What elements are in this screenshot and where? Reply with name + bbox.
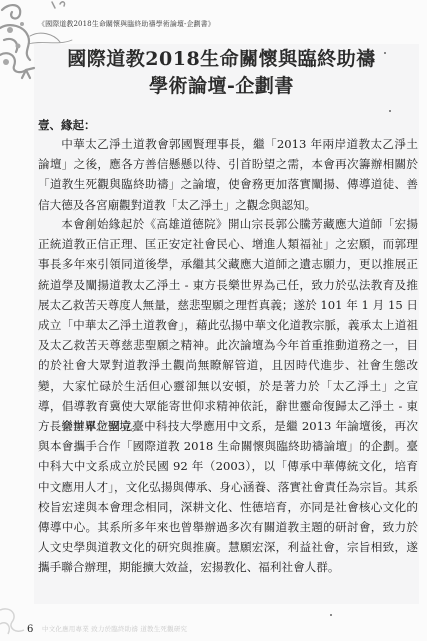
document-title-line-2: 學術論壇-企劃書	[8, 71, 427, 98]
document-title-line-1: 國際道教2018生命關懷與臨終助禱	[8, 44, 427, 71]
scan-speck	[330, 614, 332, 616]
paragraph-text: 中華太乙淨土道教會郭國賢理事長，繼「2013 年兩岸道教太乙淨土論壇」之後，應各…	[38, 134, 418, 215]
footer-bleed-through-text: 中文化應用專業 致力於臨終助禱 道教生死觀研究	[42, 624, 187, 633]
page-number: 6	[27, 624, 33, 635]
body-paragraph-1: 中華太乙淨土道教會郭國賢理事長，繼「2013 年兩岸道教太乙淨土論壇」之後，應各…	[38, 134, 418, 215]
body-paragraph-2: 本會創始緣起於《高雄道德院》開山宗長郭公騰芳藏應大道師「宏揚正統道教正信正理、匡…	[38, 214, 418, 436]
body-paragraph-3: 合辦單位國立臺中科技大學應用中文系，是繼 2013 年論壇後，再次與本會攜手合作…	[38, 416, 418, 578]
paragraph-text: 本會創始緣起於《高雄道德院》開山宗長郭公騰芳藏應大道師「宏揚正統道教正信正理、匡…	[38, 214, 418, 436]
scan-speck	[389, 110, 391, 112]
paragraph-text: 合辦單位國立臺中科技大學應用中文系，是繼 2013 年論壇後，再次與本會攜手合作…	[38, 416, 418, 578]
running-header: 《國際道教2018生命關懷與臨終助禱學術論壇-企劃書》	[38, 19, 215, 29]
scan-speck	[384, 52, 386, 54]
section-heading: 壹、緣起：	[38, 117, 96, 133]
